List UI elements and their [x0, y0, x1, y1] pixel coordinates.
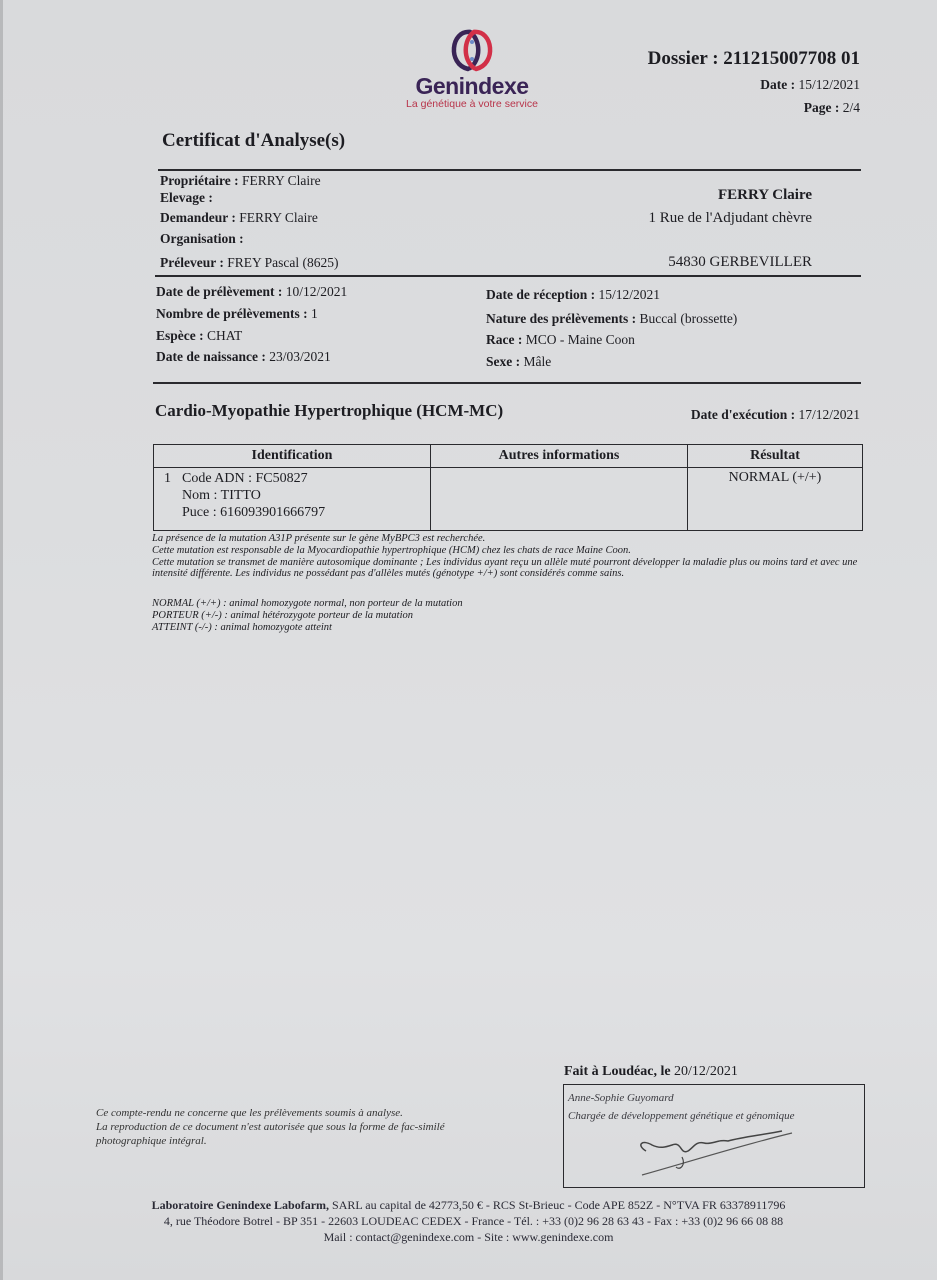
- espece-field: Espèce : CHAT: [156, 328, 242, 344]
- preleveur-label: Préleveur :: [160, 255, 224, 270]
- result-cell: NORMAL (+/+): [688, 468, 863, 531]
- animal-name: Nom : TITTO: [158, 487, 426, 504]
- chip-number: Puce : 616093901666797: [158, 504, 426, 521]
- address-street: 1 Rue de l'Adjudant chèvre: [649, 210, 812, 227]
- company-address: 4, rue Théodore Botrel - BP 351 - 22603 …: [0, 1213, 937, 1229]
- nombre-label: Nombre de prélèvements :: [156, 306, 308, 321]
- organisation-field: Organisation :: [160, 231, 244, 247]
- execution-label: Date d'exécution :: [691, 407, 795, 422]
- nature-label: Nature des prélèvements :: [486, 311, 636, 326]
- demandeur-label: Demandeur :: [160, 210, 236, 225]
- double-ring-logo-icon: [437, 28, 507, 72]
- dossier-value: 211215007708 01: [723, 48, 860, 69]
- brand-name: Genindexe: [392, 74, 552, 98]
- nombre-prelevements-field: Nombre de prélèvements : 1: [156, 306, 318, 322]
- identification-cell: 1Code ADN : FC50827 Nom : TITTO Puce : 6…: [154, 468, 431, 531]
- legend-porteur: PORTEUR (+/-) : animal hétérozygote port…: [152, 610, 463, 622]
- nature-value: Buccal (brossette): [639, 311, 737, 326]
- proprietaire-value: FERRY Claire: [242, 173, 321, 188]
- company-footer: Laboratoire Genindexe Labofarm, SARL au …: [0, 1197, 937, 1245]
- race-value: MCO - Maine Coon: [526, 332, 635, 347]
- fait-date: 20/12/2021: [674, 1064, 738, 1079]
- date-reception-field: Date de réception : 15/12/2021: [486, 287, 660, 303]
- company-contact: Mail : contact@genindexe.com - Site : ww…: [0, 1229, 937, 1245]
- code-adn: Code ADN : FC50827: [182, 471, 308, 486]
- date-prelevement-value: 10/12/2021: [286, 284, 348, 299]
- disclaimer-line: photographique intégral.: [96, 1134, 445, 1148]
- sexe-label: Sexe :: [486, 354, 520, 369]
- date-label: Date :: [760, 77, 795, 92]
- nature-prelevements-field: Nature des prélèvements : Buccal (brosse…: [486, 311, 737, 327]
- disclaimer-line: Ce compte-rendu ne concerne que les prél…: [96, 1106, 445, 1120]
- certificate-title: Certificat d'Analyse(s): [162, 130, 345, 152]
- genotype-legend: NORMAL (+/+) : animal homozygote normal,…: [152, 598, 463, 633]
- note-line: Cette mutation se transmet de manière au…: [152, 557, 872, 581]
- company-legal: SARL au capital de 42773,50 € - RCS St-B…: [332, 1198, 785, 1212]
- page-number: Page : 2/4: [804, 100, 860, 116]
- table-row: 1Code ADN : FC50827 Nom : TITTO Puce : 6…: [154, 468, 863, 531]
- autres-cell: [431, 468, 688, 531]
- results-table: Identification Autres informations Résul…: [153, 444, 863, 531]
- espece-value: CHAT: [207, 328, 242, 343]
- organisation-label: Organisation :: [160, 231, 244, 246]
- legend-atteint: ATTEINT (-/-) : animal homozygote attein…: [152, 622, 463, 634]
- proprietaire-label: Propriétaire :: [160, 173, 239, 188]
- date-naissance-field: Date de naissance : 23/03/2021: [156, 349, 331, 365]
- signature-box: Anne-Sophie Guyomard Chargée de développ…: [563, 1084, 865, 1188]
- note-line: Cette mutation est responsable de la Myo…: [152, 545, 872, 557]
- page-value: 2/4: [843, 100, 860, 115]
- column-header-autres: Autres informations: [431, 445, 688, 468]
- demandeur-field: Demandeur : FERRY Claire: [160, 210, 318, 226]
- row-index: 1: [158, 470, 182, 487]
- page-edge-shadow: [0, 0, 3, 1280]
- note-line: La présence de la mutation A31P présente…: [152, 533, 872, 545]
- sexe-field: Sexe : Mâle: [486, 354, 551, 370]
- signatory-name: Anne-Sophie Guyomard: [564, 1085, 864, 1107]
- place-date: Fait à Loudéac, le 20/12/2021: [564, 1064, 738, 1080]
- naissance-label: Date de naissance :: [156, 349, 266, 364]
- race-field: Race : MCO - Maine Coon: [486, 332, 635, 348]
- column-header-resultat: Résultat: [688, 445, 863, 468]
- fait-label: Fait à Loudéac, le: [564, 1064, 671, 1079]
- genindexe-logo: Genindexe La génétique à votre service: [392, 28, 552, 110]
- date-prelevement-label: Date de prélèvement :: [156, 284, 282, 299]
- date-value: 15/12/2021: [798, 77, 860, 92]
- sexe-value: Mâle: [524, 354, 552, 369]
- brand-tagline: La génétique à votre service: [392, 98, 552, 110]
- elevage-label: Elevage :: [160, 190, 213, 205]
- espece-label: Espèce :: [156, 328, 204, 343]
- race-label: Race :: [486, 332, 522, 347]
- reception-label: Date de réception :: [486, 287, 595, 302]
- test-title: Cardio-Myopathie Hypertrophique (HCM-MC): [155, 401, 503, 421]
- preleveur-field: Préleveur : FREY Pascal (8625): [160, 255, 338, 271]
- dossier-label: Dossier :: [648, 48, 719, 69]
- elevage-field: Elevage :: [160, 190, 213, 206]
- legend-normal: NORMAL (+/+) : animal homozygote normal,…: [152, 598, 463, 610]
- page-label: Page :: [804, 100, 840, 115]
- dossier-number: Dossier : 211215007708 01: [648, 48, 860, 70]
- reception-value: 15/12/2021: [598, 287, 660, 302]
- address-name: FERRY Claire: [718, 187, 812, 204]
- disclaimer: Ce compte-rendu ne concerne que les prél…: [96, 1106, 445, 1148]
- divider: [153, 382, 861, 384]
- proprietaire-field: Propriétaire : FERRY Claire: [160, 173, 321, 189]
- divider: [155, 275, 861, 277]
- document-date: Date : 15/12/2021: [760, 77, 860, 93]
- execution-date: Date d'exécution : 17/12/2021: [691, 407, 860, 423]
- mutation-notes: La présence de la mutation A31P présente…: [152, 533, 872, 580]
- naissance-value: 23/03/2021: [269, 349, 331, 364]
- nombre-value: 1: [311, 306, 318, 321]
- column-header-identification: Identification: [154, 445, 431, 468]
- divider: [158, 169, 861, 171]
- execution-value: 17/12/2021: [798, 407, 860, 422]
- demandeur-value: FERRY Claire: [239, 210, 318, 225]
- preleveur-value: FREY Pascal (8625): [227, 255, 338, 270]
- disclaimer-line: La reproduction de ce document n'est aut…: [96, 1120, 445, 1134]
- date-prelevement-field: Date de prélèvement : 10/12/2021: [156, 284, 347, 300]
- company-name: Laboratoire Genindexe Labofarm,: [152, 1198, 329, 1212]
- handwritten-signature-icon: [632, 1121, 832, 1181]
- address-city: 54830 GERBEVILLER: [668, 254, 812, 271]
